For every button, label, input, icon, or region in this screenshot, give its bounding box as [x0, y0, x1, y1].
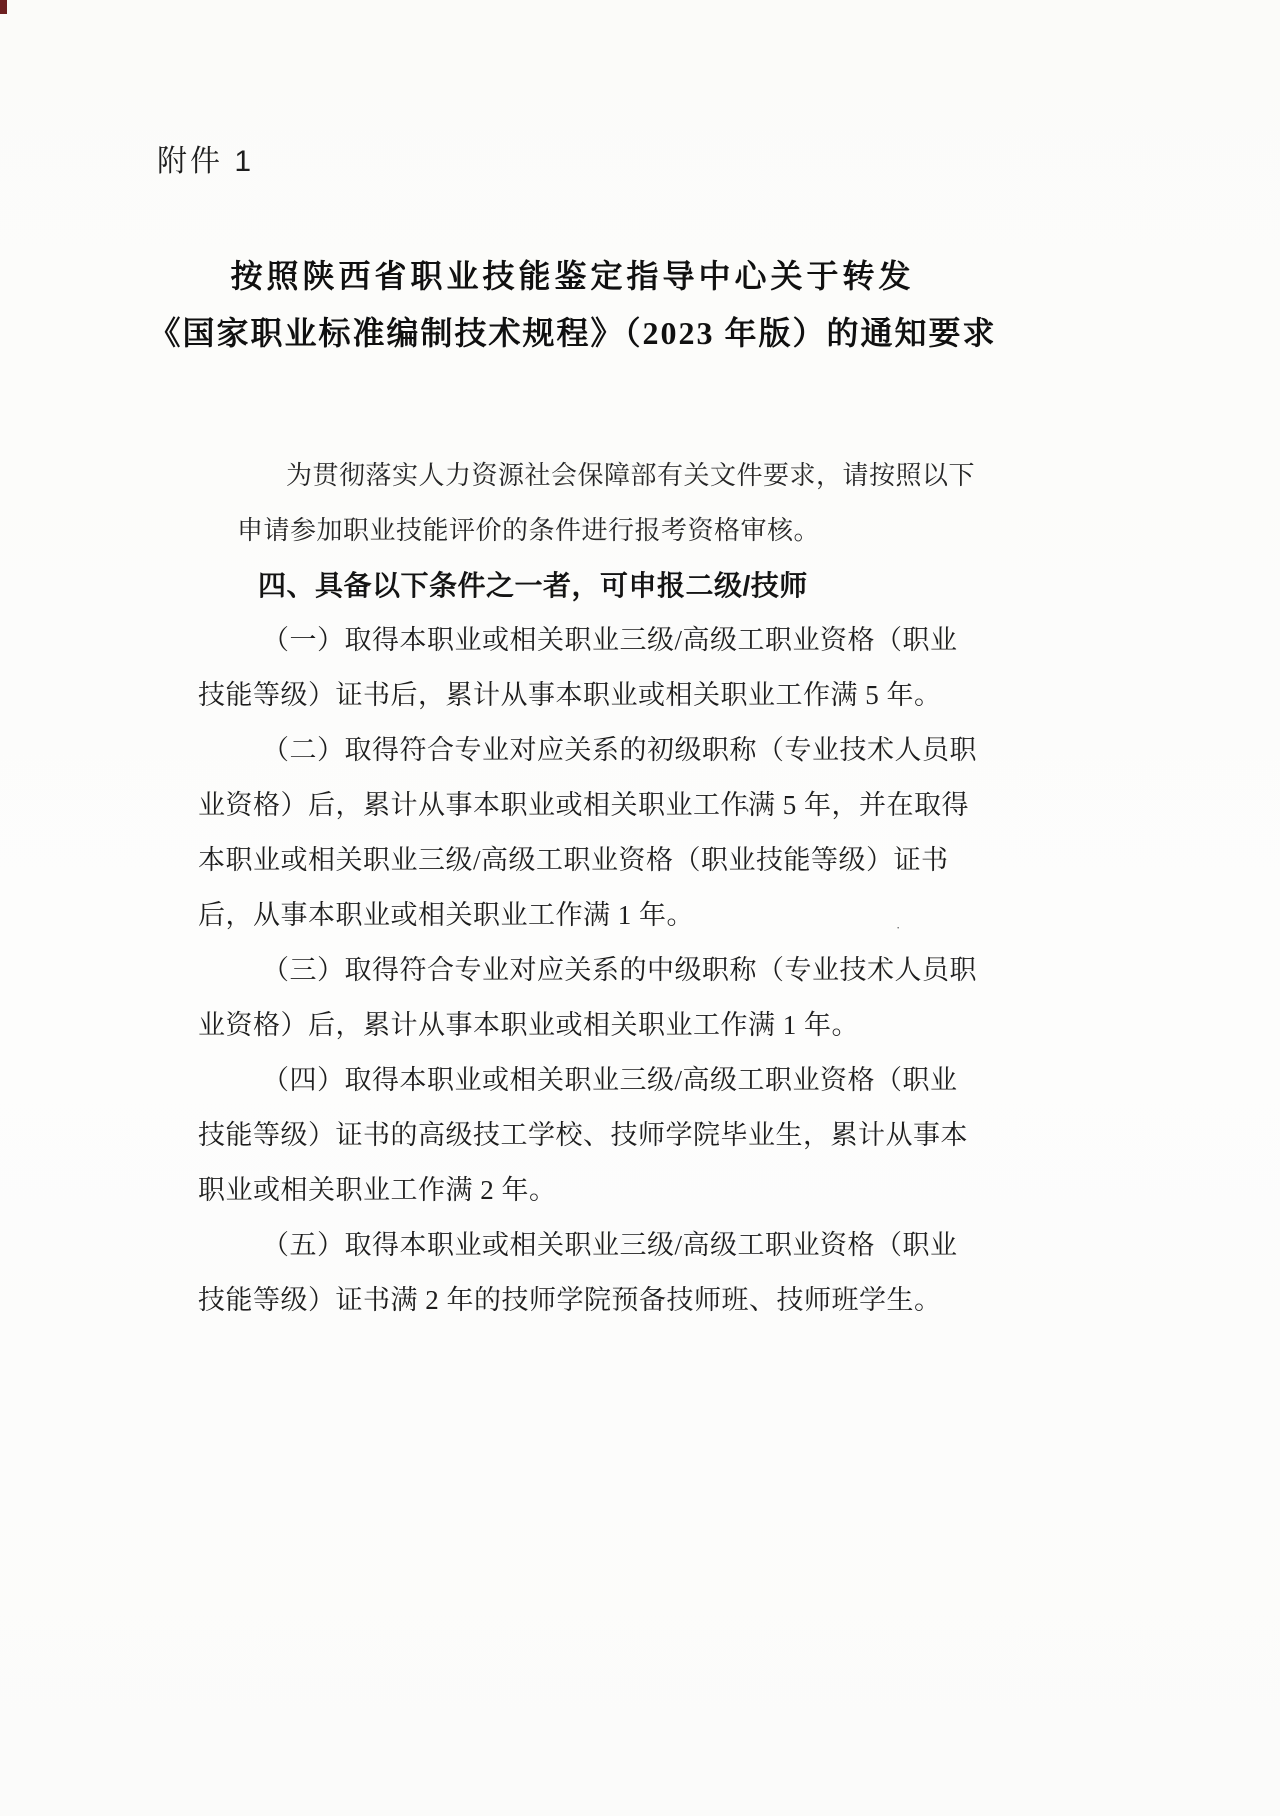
- scan-stray-mark: 丶: [738, 799, 753, 820]
- text-line: 申请参加职业技能评价的条件进行报考资格审核。: [198, 503, 958, 558]
- text-line: （一）取得本职业或相关职业三级/高级工职业资格（职业: [198, 613, 958, 668]
- text-line: （四）取得本职业或相关职业三级/高级工职业资格（职业: [198, 1053, 958, 1108]
- text-line: 业资格）后，累计从事本职业或相关职业工作满 1 年。: [198, 998, 958, 1053]
- title-line-1: 按照陕西省职业技能鉴定指导中心关于转发: [0, 248, 1145, 305]
- scan-stray-mark: ·: [896, 920, 900, 936]
- text-line: 后，从事本职业或相关职业工作满 1 年。: [198, 888, 958, 943]
- document-body: 为贯彻落实人力资源社会保障部有关文件要求，请按照以下申请参加职业技能评价的条件进…: [198, 448, 958, 1328]
- text-line: 技能等级）证书的高级技工学校、技师学院毕业生，累计从事本: [198, 1108, 958, 1163]
- scanned-document-page: 附件 1 按照陕西省职业技能鉴定指导中心关于转发 《国家职业标准编制技术规程》（…: [0, 0, 1280, 1816]
- document-title: 按照陕西省职业技能鉴定指导中心关于转发 《国家职业标准编制技术规程》（2023 …: [0, 248, 1145, 362]
- text-line: （二）取得符合专业对应关系的初级职称（专业技术人员职: [198, 723, 958, 778]
- condition-item-4: （四）取得本职业或相关职业三级/高级工职业资格（职业技能等级）证书的高级技工学校…: [198, 1053, 958, 1218]
- condition-item-2: （二）取得符合专业对应关系的初级职称（专业技术人员职业资格）后，累计从事本职业或…: [198, 723, 958, 943]
- text-line: （三）取得符合专业对应关系的中级职称（专业技术人员职: [198, 943, 958, 998]
- text-line: 四、具备以下条件之一者，可申报二级/技师: [198, 558, 958, 613]
- text-line: 职业或相关职业工作满 2 年。: [198, 1163, 958, 1218]
- section-heading-level4: 四、具备以下条件之一者，可申报二级/技师: [198, 558, 958, 613]
- condition-item-5: （五）取得本职业或相关职业三级/高级工职业资格（职业技能等级）证书满 2 年的技…: [198, 1218, 958, 1328]
- intro-paragraph: 为贯彻落实人力资源社会保障部有关文件要求，请按照以下申请参加职业技能评价的条件进…: [198, 448, 958, 558]
- text-line: 技能等级）证书后，累计从事本职业或相关职业工作满 5 年。: [198, 668, 958, 723]
- text-line: 业资格）后，累计从事本职业或相关职业工作满 5 年，并在取得: [198, 778, 958, 833]
- scan-corner-speck: [0, 0, 7, 14]
- attachment-label: 附件 1: [157, 136, 254, 180]
- condition-item-3: （三）取得符合专业对应关系的中级职称（专业技术人员职业资格）后，累计从事本职业或…: [198, 943, 958, 1053]
- text-line: 为贯彻落实人力资源社会保障部有关文件要求，请按照以下: [198, 448, 958, 503]
- condition-item-1: （一）取得本职业或相关职业三级/高级工职业资格（职业技能等级）证书后，累计从事本…: [198, 613, 958, 723]
- text-line: 技能等级）证书满 2 年的技师学院预备技师班、技师班学生。: [198, 1273, 958, 1328]
- text-line: 本职业或相关职业三级/高级工职业资格（职业技能等级）证书: [198, 833, 958, 888]
- title-line-2: 《国家职业标准编制技术规程》（2023 年版）的通知要求: [0, 305, 1145, 362]
- text-line: （五）取得本职业或相关职业三级/高级工职业资格（职业: [198, 1218, 958, 1273]
